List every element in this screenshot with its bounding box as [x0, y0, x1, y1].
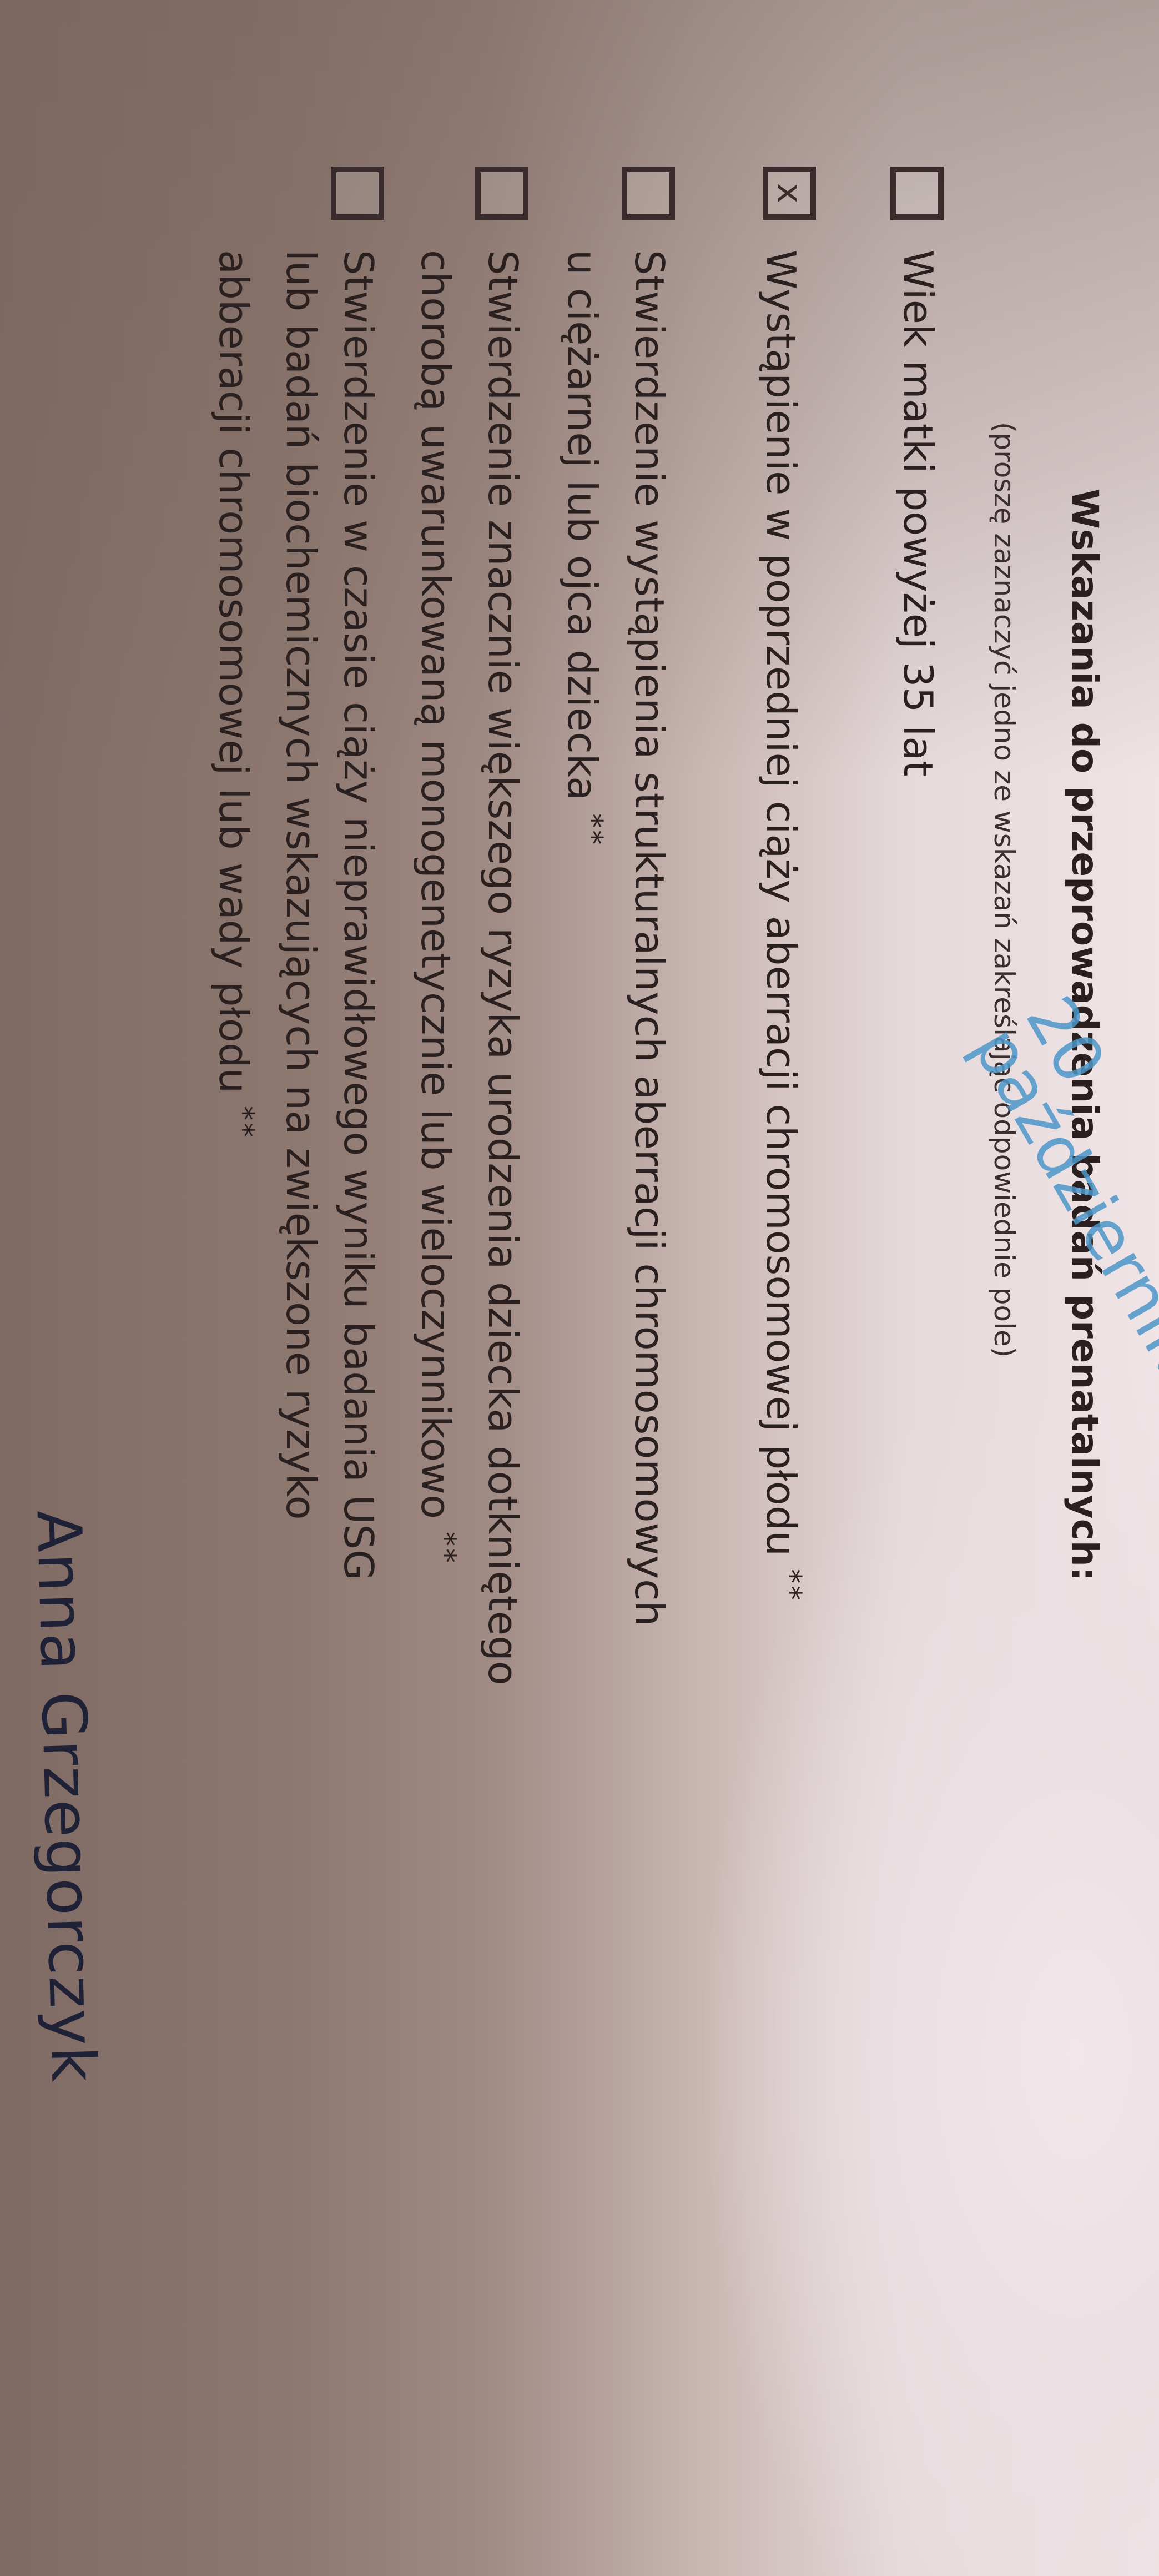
footnote-marker: **: [575, 813, 608, 847]
document-page: Wskazania do przeprowadzenia badań prena…: [0, 0, 1159, 2576]
footnote-marker: **: [226, 1106, 260, 1139]
checkbox[interactable]: [331, 167, 384, 220]
footnote-marker: **: [774, 1569, 807, 1602]
indication-label: Stwierdzenie wystąpienia strukturalnych …: [553, 250, 678, 1626]
handwritten-signature: Anna Grzegorczyk: [23, 1510, 109, 2084]
indication-label: Stwierdzenie znacznie większego ryzyka u…: [407, 250, 532, 1686]
checkbox[interactable]: [622, 167, 675, 220]
indication-label: Wiek matki powyżej 35 lat: [889, 250, 947, 777]
instruction-subtitle: (proszę zaznaczyć jedno ze wskazań zakre…: [988, 422, 1020, 1357]
indication-label: Stwierdzenie w czasie ciąży nieprawidłow…: [205, 250, 387, 1581]
checkbox-checked[interactable]: x: [763, 167, 816, 220]
footnote-marker: **: [429, 1532, 462, 1565]
indication-label: Wystąpienie w poprzedniej ciąży aberracj…: [752, 250, 819, 1602]
checkbox[interactable]: [475, 167, 528, 220]
checkbox[interactable]: [890, 167, 944, 220]
